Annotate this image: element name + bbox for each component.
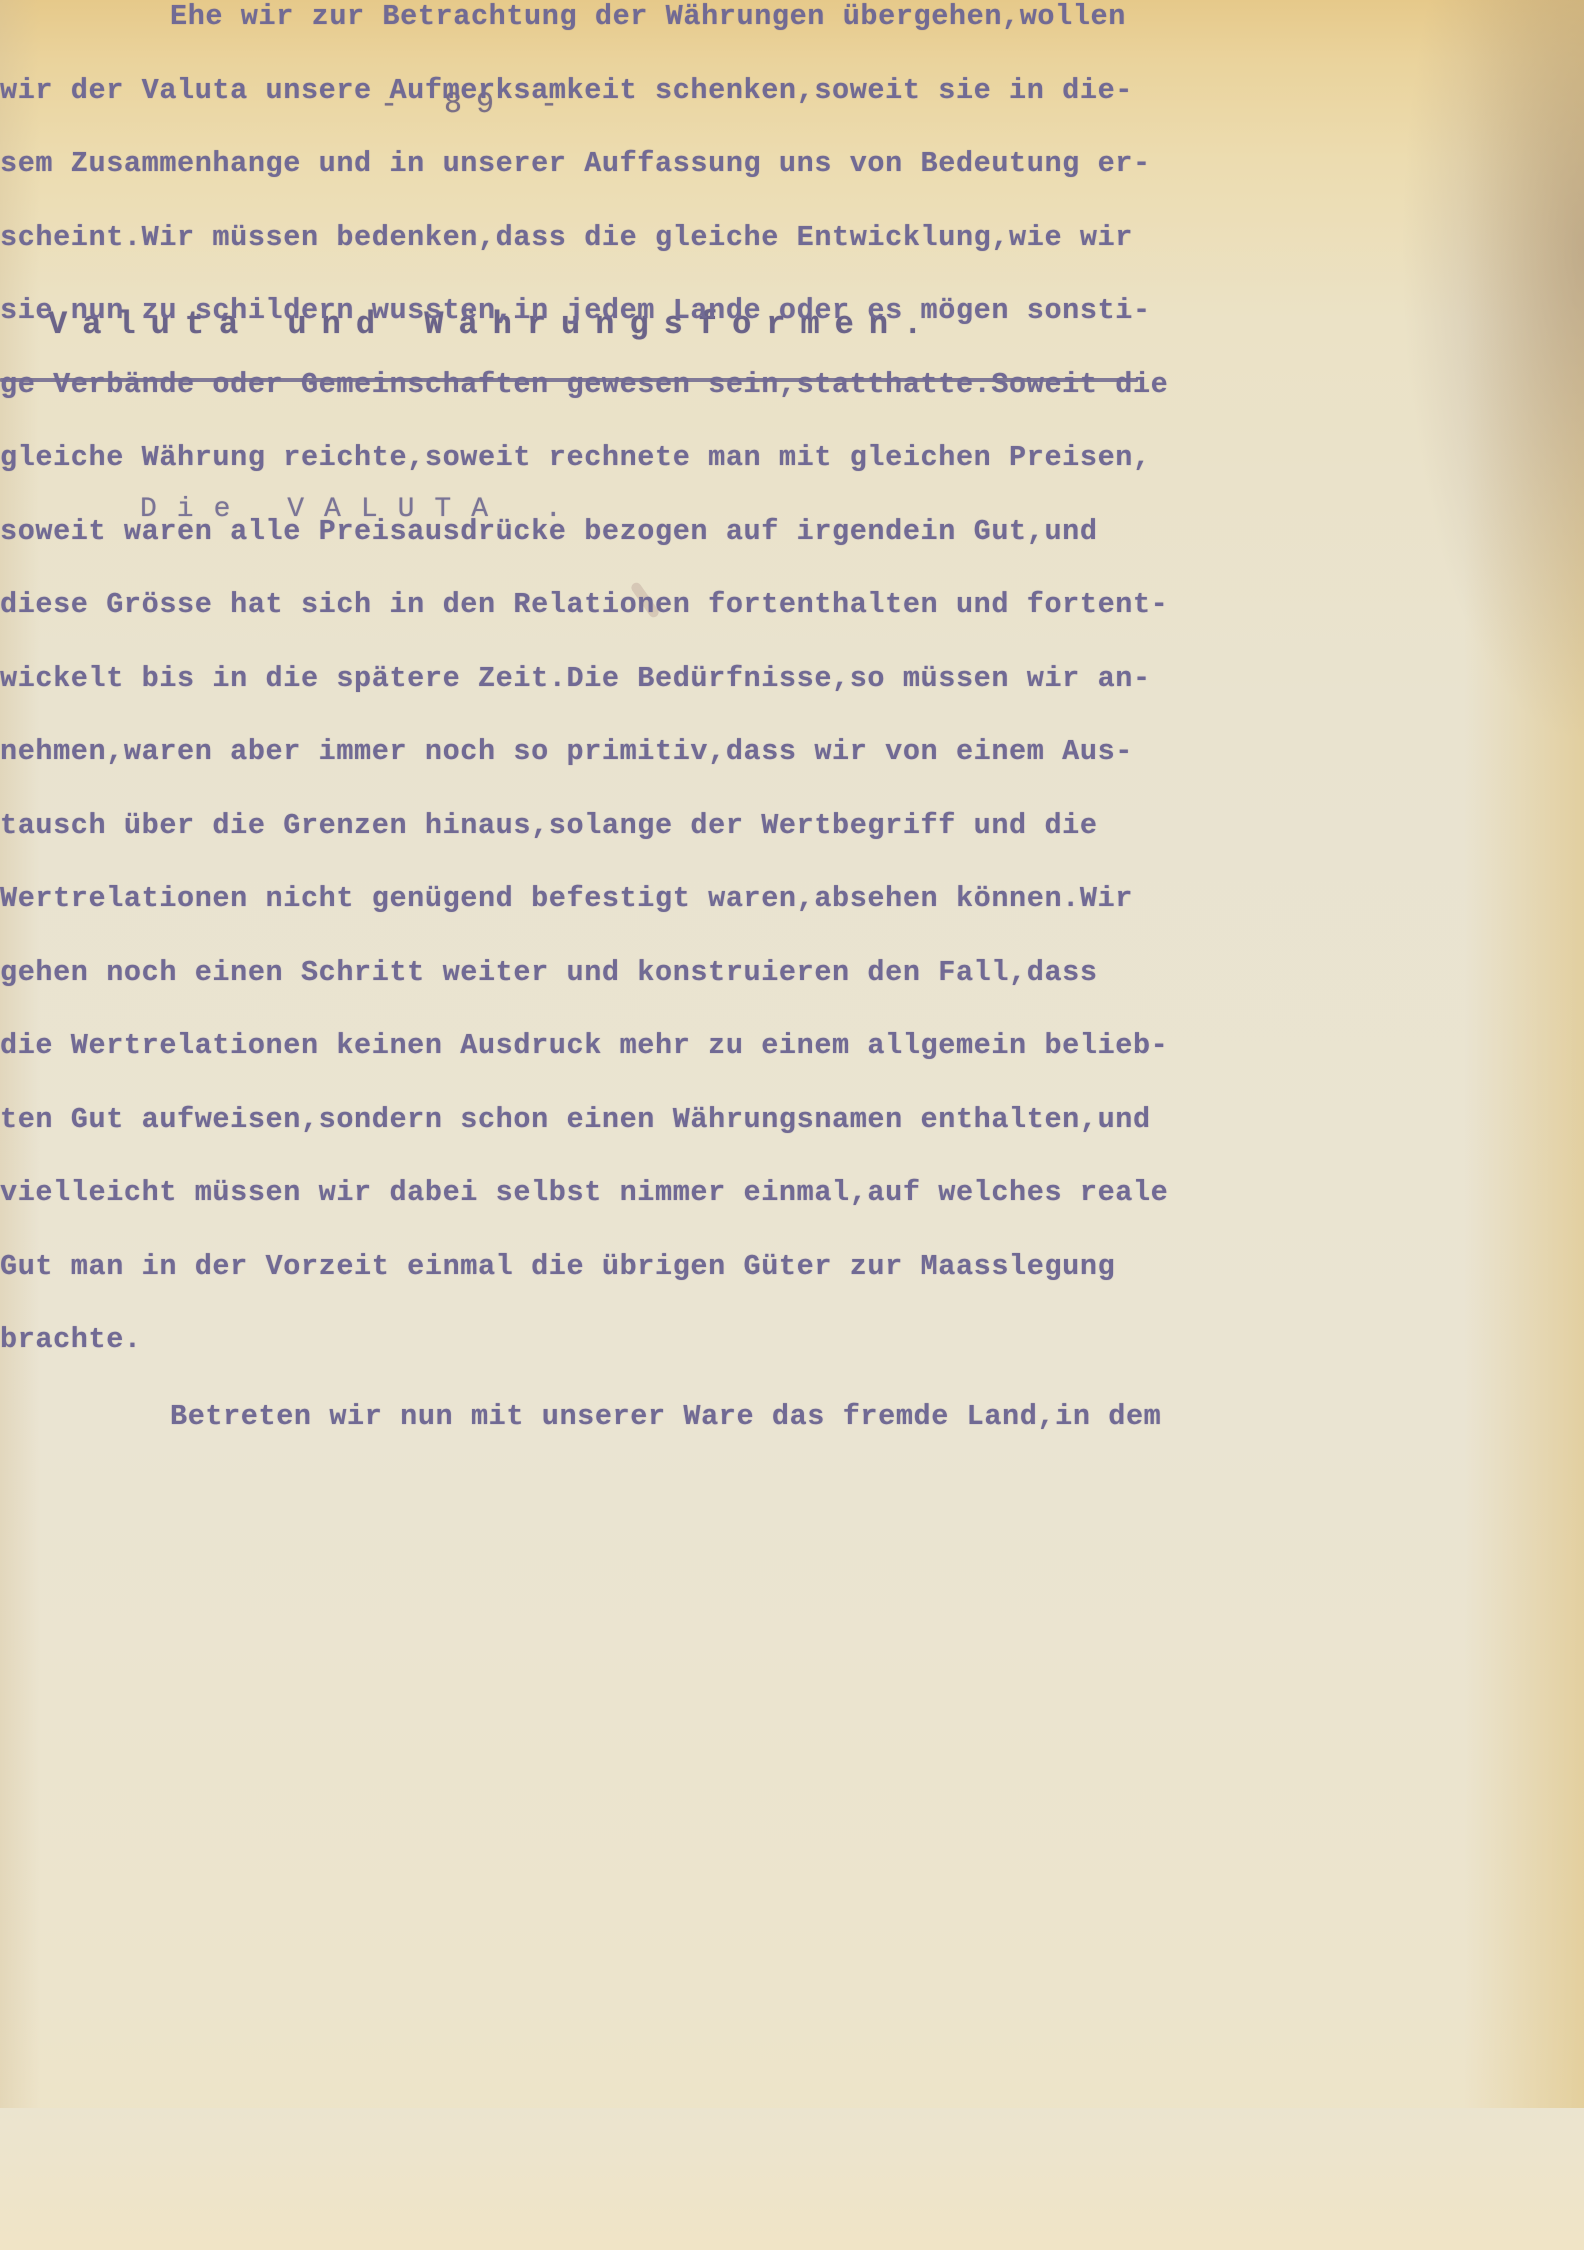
text-line: scheint.Wir müssen bedenken,dass die gle…	[0, 221, 1133, 254]
text-line: sem Zusammenhange und in unserer Auffass…	[0, 147, 1151, 180]
text-line: Ehe wir zur Betrachtung der Währungen üb…	[170, 0, 1126, 33]
text-line: ge Verbände oder Gemeinschaften gewesen …	[0, 368, 1168, 401]
text-line: soweit waren alle Preisausdrücke bezogen…	[0, 515, 1098, 548]
text-line: sie nun zu schildern wussten,in jedem La…	[0, 294, 1151, 327]
text-line: Gut man in der Vorzeit einmal die übrige…	[0, 1250, 1115, 1283]
text-line: tausch über die Grenzen hinaus,solange d…	[0, 809, 1098, 842]
scanned-page: - 89 - Valuta und Währungsformen. Die VA…	[0, 0, 1584, 2250]
text-line: vielleicht müssen wir dabei selbst nimme…	[0, 1176, 1168, 1209]
text-line: wickelt bis in die spätere Zeit.Die Bedü…	[0, 662, 1151, 695]
page-bottom-margin	[0, 2108, 1584, 2250]
text-line: Betreten wir nun mit unserer Ware das fr…	[170, 1400, 1161, 1433]
text-line: wir der Valuta unsere Aufmerksamkeit sch…	[0, 74, 1133, 107]
text-line: diese Grösse hat sich in den Relationen …	[0, 588, 1168, 621]
text-line: gleiche Währung reichte,soweit rechnete …	[0, 441, 1151, 474]
text-line: Wertrelationen nicht genügend befestigt …	[0, 882, 1133, 915]
text-line: die Wertrelationen keinen Ausdruck mehr …	[0, 1029, 1168, 1062]
text-line: nehmen,waren aber immer noch so primitiv…	[0, 735, 1133, 768]
text-line: ten Gut aufweisen,sondern schon einen Wä…	[0, 1103, 1151, 1136]
text-line: brachte.	[0, 1323, 142, 1356]
text-line: gehen noch einen Schritt weiter und kons…	[0, 956, 1098, 989]
